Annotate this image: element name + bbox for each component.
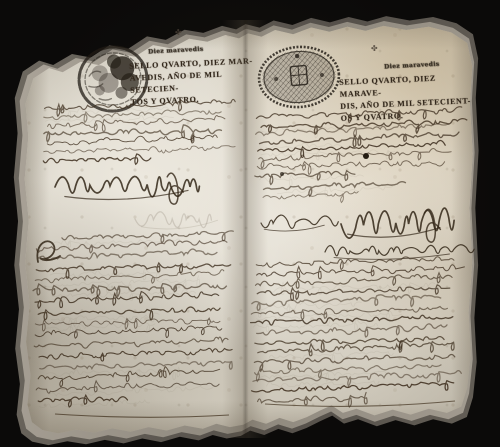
handwritten-body-paragraph	[30, 232, 236, 414]
photograph-scene: ✤ Diez maravedis SELLO QVARTO, DIEZ MAR-…	[0, 0, 500, 447]
open-manuscript-book: ✤ Diez maravedis SELLO QVARTO, DIEZ MAR-…	[22, 20, 474, 438]
attestation-signature-flourish	[52, 170, 212, 204]
faint-marginal-signature	[132, 206, 227, 232]
round-armorial-seal-stamp	[254, 44, 344, 112]
fleuron-icon: ✤	[175, 28, 182, 37]
primary-signature-rubric	[338, 206, 458, 242]
closing-rule-line	[264, 400, 456, 411]
closing-rule-line	[54, 412, 230, 421]
handwritten-opening-paragraph	[38, 104, 236, 170]
handwritten-closing-lines	[256, 184, 406, 208]
fleuron-icon: ✤	[371, 44, 378, 53]
ink-blot	[280, 172, 284, 176]
stamped-paper-title: SELLO QVARTO, DIEZ MAR- AVEDIS, AÑO DE M…	[129, 55, 257, 108]
ink-blot	[363, 153, 369, 159]
scribe-note-flourish	[258, 212, 336, 234]
handwritten-body-paragraph	[248, 260, 464, 413]
